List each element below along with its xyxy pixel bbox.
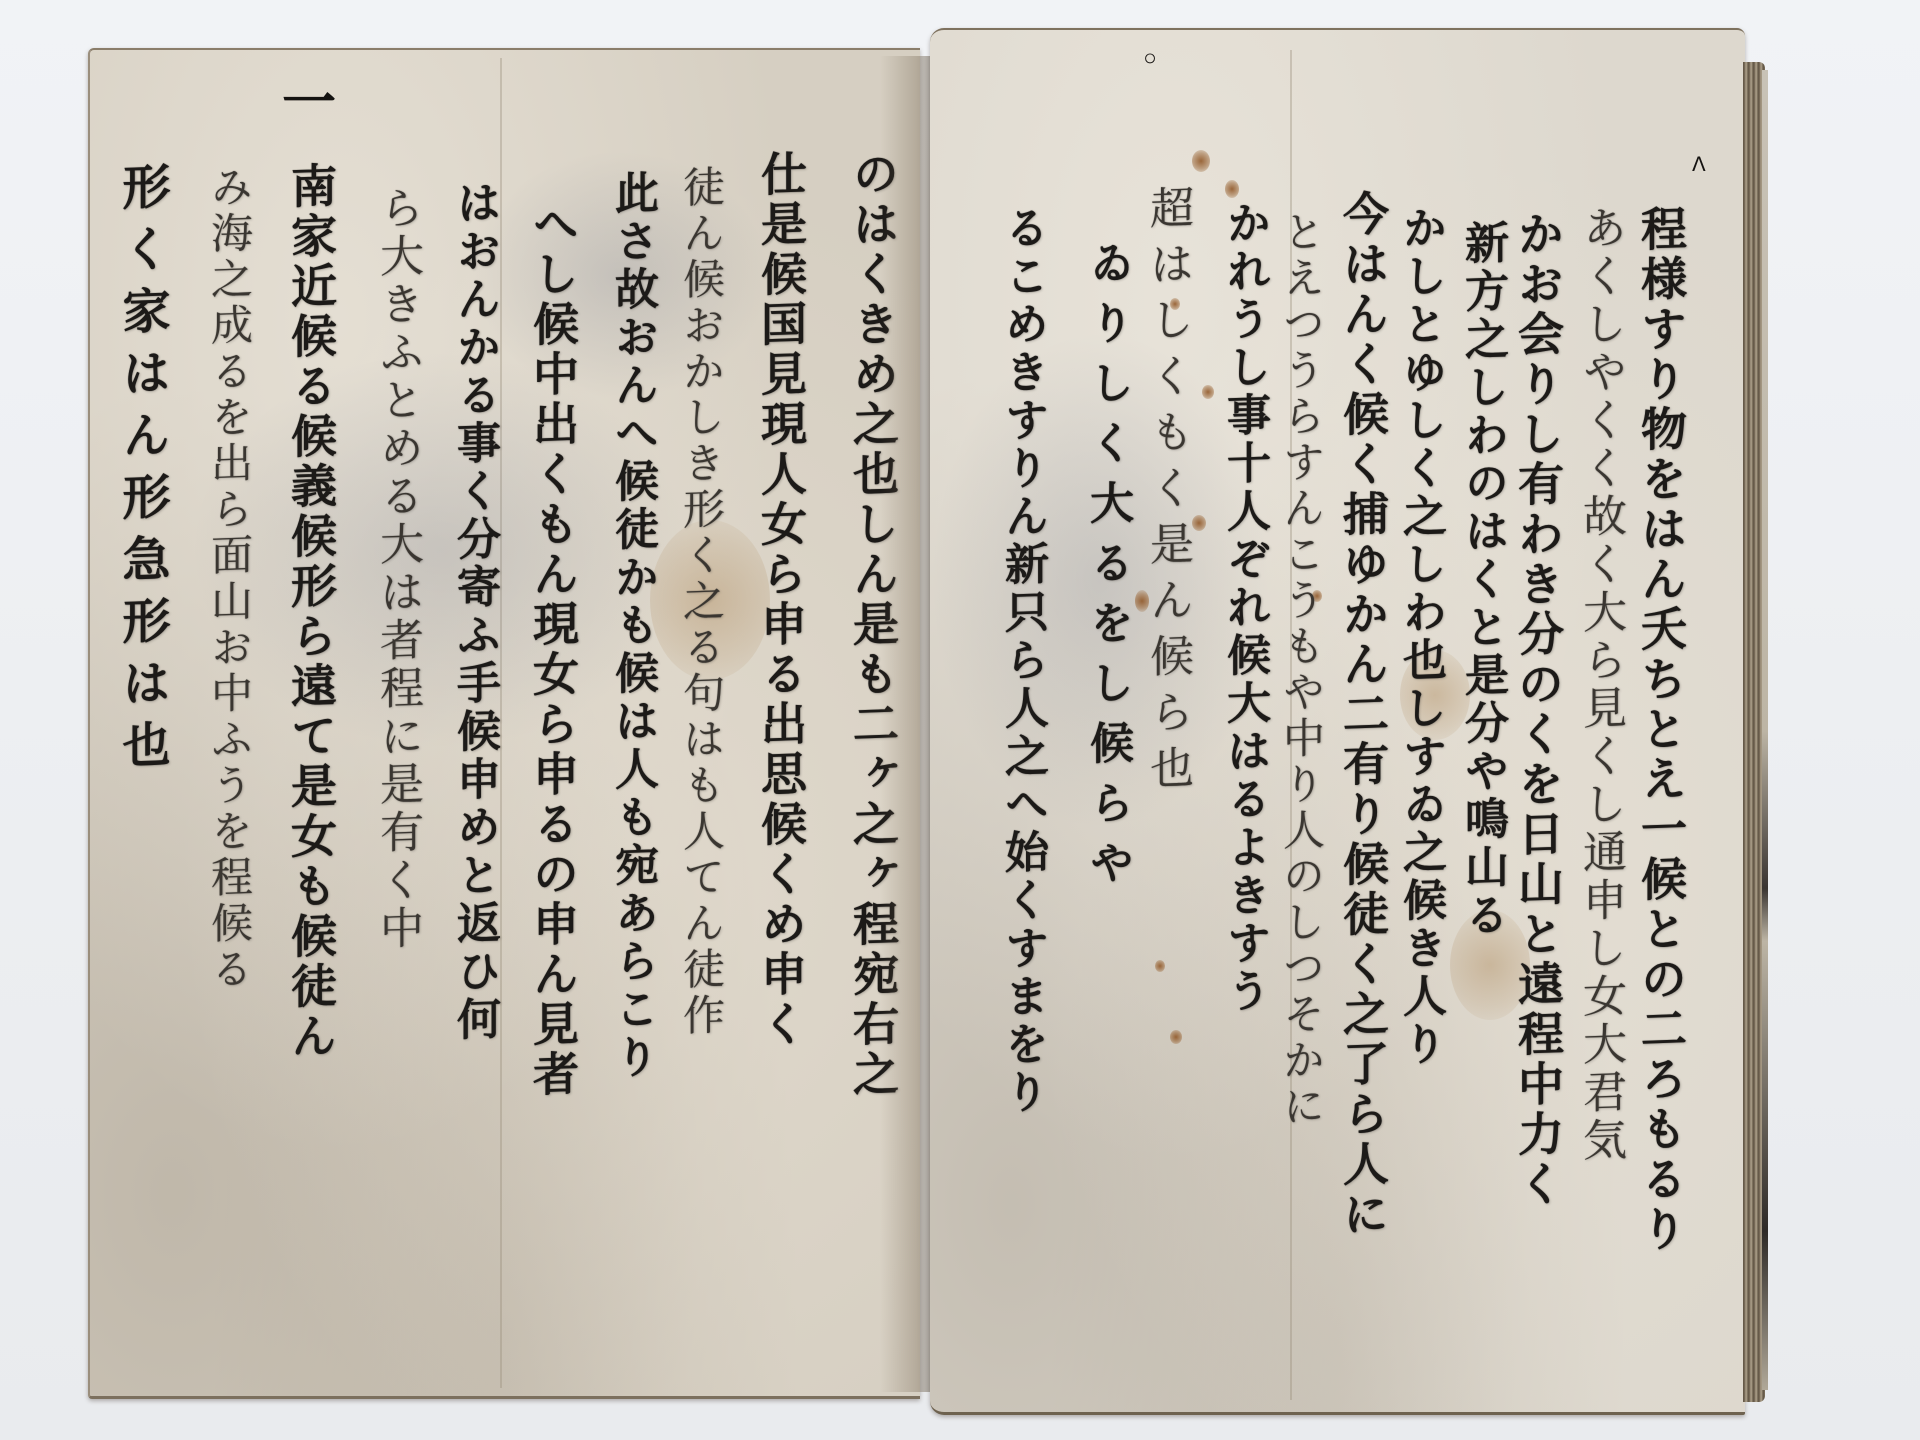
rust-stain <box>1192 515 1206 531</box>
book-cover-edge <box>1762 70 1768 1390</box>
text-column-8: かれうし事十人ぞれ候大はるよきすう <box>1222 199 1266 1017</box>
text-column-4: 此さ故おんへ候徒かも候は人も宛あらこり <box>610 169 654 1083</box>
rust-stain <box>1192 150 1210 172</box>
top-circle-mark: ◦ <box>1140 40 1160 80</box>
rust-stain <box>1155 960 1165 972</box>
text-column-5: へし候中出くもん現女ら申るの申ん見者 <box>530 199 576 1101</box>
text-column-3: 徒ん候おかしき形く之る句はも人てん徒作 <box>680 164 722 1039</box>
text-column-9: 超はしくもく是ん候ら也 <box>1145 184 1189 802</box>
text-column-10: ゐりしく大るをし候らや <box>1085 239 1129 901</box>
text-column-6: 今はんく候く捕ゆかん二有り候徒く之了ら人に <box>1340 189 1386 1241</box>
text-column-11: るこめきすりん新只ら人之へ始くすまをり <box>1000 204 1044 1118</box>
corner-mark: ᐱ <box>1692 152 1706 176</box>
left-page: 一 のはくきめ之也しん是も二ヶ之ヶ程宛右之 仕是候国見現人女ら申る出思候くめ申く… <box>88 48 920 1399</box>
text-column-6: はおんかる事く分寄ふ手候申めと返ひ何 <box>452 179 496 1045</box>
text-column-2: 仕是候国見現人女ら申る出思候くめ申く <box>758 149 804 1051</box>
text-column-1: 程様すり物をはん夭ちとえ一候との二ろもるり <box>1638 204 1684 1256</box>
text-column-7: ら大きふとめる大は者程に是有く中 <box>375 184 419 954</box>
text-column-8: 南家近候る候義候形ら遠て是女も候徒ん <box>288 161 334 1063</box>
text-column-3: かお会りし有わき分のくを日山と遠程中力く <box>1515 209 1561 1211</box>
text-column-7: とえつうらすんこうもや中り人のしつそかに <box>1280 209 1322 1130</box>
rust-stain <box>1170 1030 1182 1044</box>
text-column-2: あくしやくく故く大ら見くし通申し女大君気 <box>1578 204 1622 1166</box>
right-page: ◦ ᐱ 程様すり物をはん夭ちとえ一候との二ろもるり あくしやくく故く大ら見くし通… <box>930 28 1745 1415</box>
text-column-5: かしとゆしく之しわ也しすゐ之候き人り <box>1398 204 1442 1070</box>
text-column-4: 新方之しわのはくと是分や鳴山る <box>1460 219 1504 941</box>
rust-stain <box>1202 385 1214 399</box>
text-column-10: 形く家はん形急形は也 <box>118 161 166 783</box>
rust-stain <box>1225 180 1239 198</box>
page-number-mark: 一 <box>282 60 336 137</box>
text-column-9: み海之成るを出ら面山お中ふうを程候る <box>208 164 250 993</box>
